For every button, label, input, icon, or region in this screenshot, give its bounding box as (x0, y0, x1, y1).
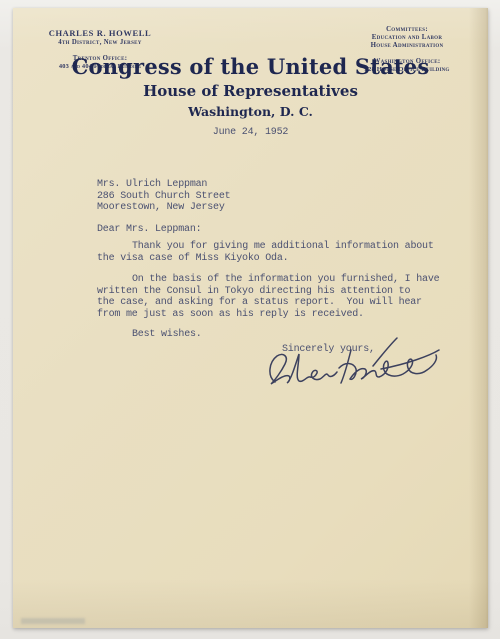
committees-title: Committees: (332, 26, 482, 33)
recipient-street: 286 South Church Street (97, 191, 230, 203)
letterhead-congress-line: Congress of the United States (13, 54, 488, 79)
letterhead-house-line: House of Representatives (13, 82, 488, 100)
committee-item: Education and Labor (332, 34, 482, 41)
sender-name: Charles R. Howell (25, 28, 175, 38)
signature-charles-howell (261, 336, 476, 398)
letter-page: Charles R. Howell 4th District, New Jers… (13, 8, 488, 628)
salutation: Dear Mrs. Leppman: (97, 224, 201, 236)
recipient-city: Moorestown, New Jersey (97, 202, 230, 214)
recipient-address-block: Mrs. Ulrich Leppman 286 South Church Str… (97, 179, 230, 214)
body-paragraph-2: On the basis of the information you furn… (97, 274, 449, 320)
recipient-name: Mrs. Ulrich Leppman (97, 179, 230, 191)
sender-district: 4th District, New Jersey (25, 39, 175, 46)
date-line: June 24, 1952 (13, 127, 488, 139)
scan-artifact (21, 618, 85, 624)
letterhead-center-block: Congress of the United States House of R… (13, 54, 488, 119)
body-paragraph-1: Thank you for giving me additional infor… (97, 241, 449, 264)
letterhead-city-line: Washington, D. C. (13, 104, 488, 119)
committee-item: House Administration (332, 42, 482, 49)
